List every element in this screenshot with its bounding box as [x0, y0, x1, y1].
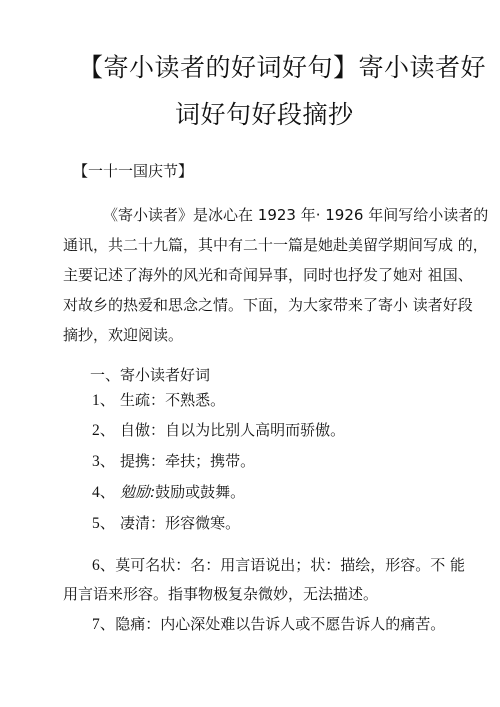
vocab-item: 1、 生疏：不熟悉。 — [92, 385, 225, 416]
item-number: 5、 — [92, 515, 115, 532]
item-definition: 不熟悉。 — [165, 391, 225, 409]
item-term: 勉励 — [120, 483, 150, 501]
item-term: 莫可名状： — [115, 556, 190, 574]
paragraph-line: 通讯，共二十九篇，其中有二十一篇是她赴美留学期间写成 的， — [63, 230, 488, 260]
item-definition: 内心深处难以告诉人或不愿告诉人的痛苦。 — [160, 615, 445, 633]
item-number: 7、 — [92, 616, 115, 633]
item-definition: 自以为比别人高明而骄傲。 — [165, 421, 345, 439]
section-heading: 【一十一国庆节】 — [73, 160, 193, 181]
vocab-item: 4、 勉励:鼓励或鼓舞。 — [92, 477, 245, 508]
document-title-line-1: 【寄小读者的好词好句】寄小读者好 — [78, 48, 486, 84]
paragraph-line: 对故乡的热爱和思念之情。下面，为大家带来了寄小 读者好段 — [63, 290, 473, 320]
item-number: 4、 — [92, 484, 115, 501]
item-term: 提携： — [120, 452, 165, 470]
vocab-item: 2、 自傲：自以为比别人高明而骄傲。 — [92, 415, 345, 446]
item-number: 6、 — [92, 557, 115, 574]
item-number: 3、 — [92, 453, 115, 470]
item-definition: 名：用言语说出；状：描绘，形容。不 能 — [190, 556, 465, 574]
paragraph-line: 摘抄，欢迎阅读。 — [63, 320, 183, 350]
item-number: 1、 — [92, 392, 115, 409]
vocab-item: 6、莫可名状：名：用言语说出；状：描绘，形容。不 能 — [92, 550, 465, 581]
paragraph-line: 《寄小读者》是冰心在 1923 年· 1926 年间写给小读者的 — [103, 200, 488, 230]
paragraph-line: 主要记述了海外的风光和奇闻异事，同时也抒发了她对 祖国、 — [63, 260, 473, 290]
vocab-item: 5、 凄清：形容微寒。 — [92, 508, 240, 539]
vocab-item: 3、 提携：牵扶；携带。 — [92, 446, 255, 477]
item-term: 自傲： — [120, 421, 165, 439]
item-number: 2、 — [92, 422, 115, 439]
document-title-line-2: 词好句好段摘抄 — [175, 95, 354, 131]
item-definition: 鼓励或鼓舞。 — [155, 483, 245, 501]
item-definition: 牵扶；携带。 — [165, 452, 255, 470]
vocab-item: 7、隐痛：内心深处难以告诉人或不愿告诉人的痛苦。 — [92, 609, 445, 640]
item-term: 凄清： — [120, 514, 165, 532]
item-definition: 形容微寒。 — [165, 514, 240, 532]
item-term: 隐痛： — [115, 615, 160, 633]
item-term: 生疏： — [120, 391, 165, 409]
vocab-item-continuation: 用言语来形容。指事物极复杂微妙，无法描述。 — [63, 579, 378, 609]
